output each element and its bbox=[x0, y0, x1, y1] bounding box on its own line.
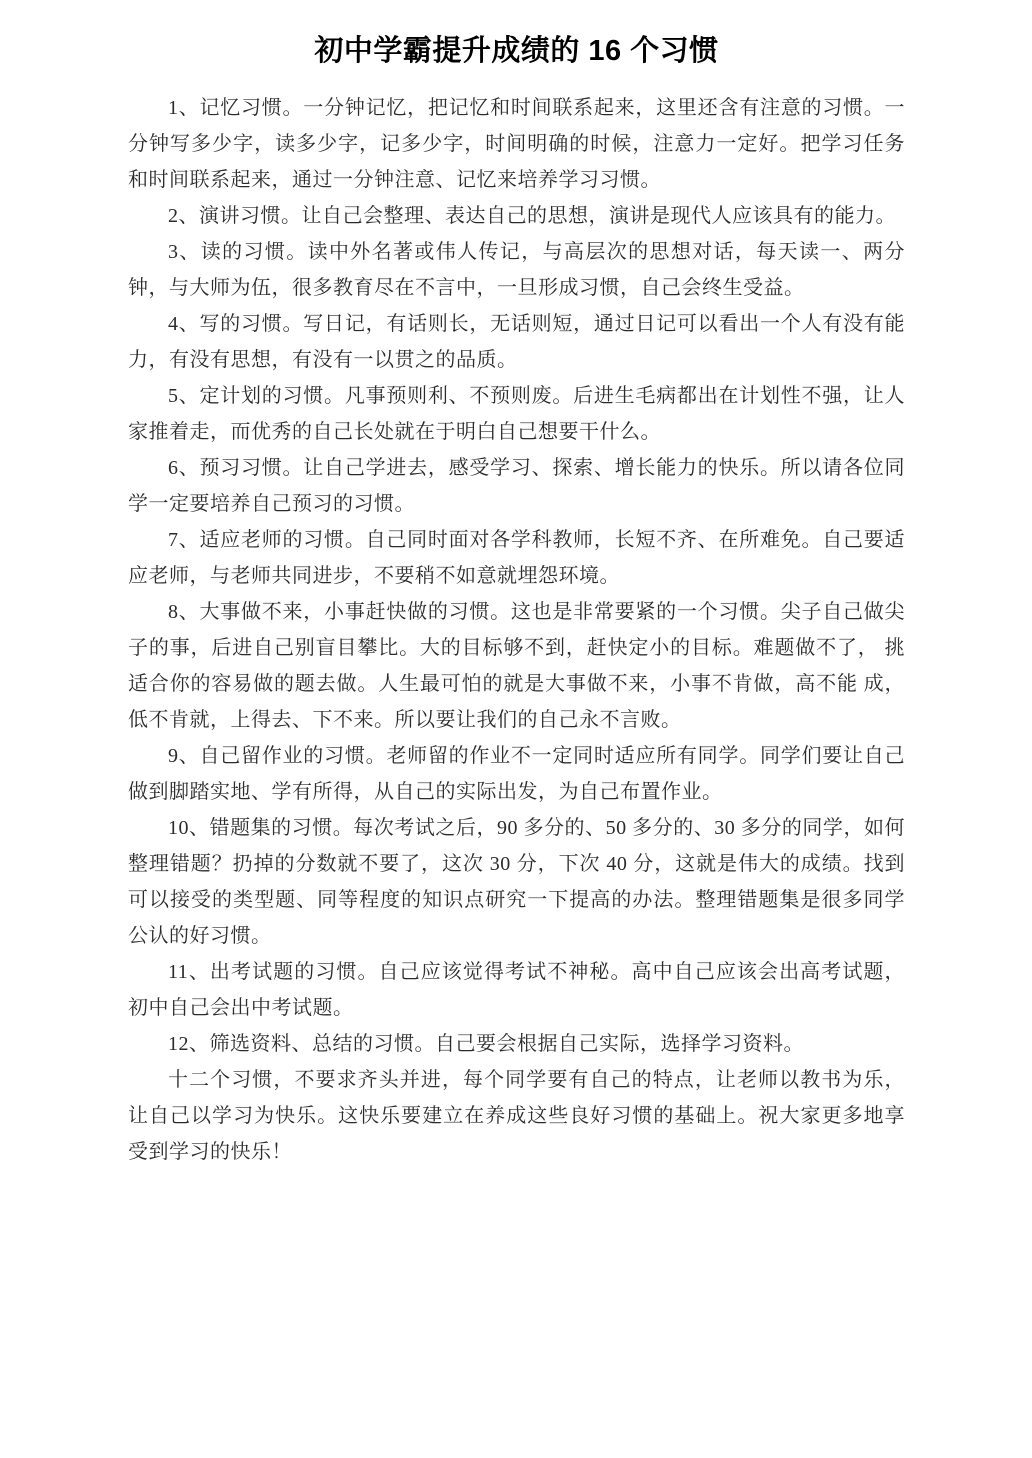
paragraph-habit-3: 3、读的习惯。读中外名著或伟人传记，与高层次的思想对话，每天读一、两分钟，与大师… bbox=[128, 234, 905, 306]
paragraph-habit-7: 7、适应老师的习惯。自己同时面对各学科教师，长短不齐、在所难免。自己要适应老师，… bbox=[128, 522, 905, 594]
paragraph-habit-5: 5、定计划的习惯。凡事预则利、不预则废。后进生毛病都出在计划性不强，让人家推着走… bbox=[128, 378, 905, 450]
paragraph-habit-9: 9、自己留作业的习惯。老师留的作业不一定同时适应所有同学。同学们要让自己做到脚踏… bbox=[128, 738, 905, 810]
document-page: 初中学霸提升成绩的 16 个习惯 1、记忆习惯。一分钟记忆，把记忆和时间联系起来… bbox=[0, 0, 1032, 1458]
paragraph-habit-10: 10、错题集的习惯。每次考试之后，90 多分的、50 多分的、30 多分的同学，… bbox=[128, 810, 905, 954]
paragraph-habit-12: 12、筛选资料、总结的习惯。自己要会根据自己实际，选择学习资料。 bbox=[128, 1026, 905, 1062]
paragraph-closing: 十二个习惯，不要求齐头并进，每个同学要有自己的特点，让老师以教书为乐，让自己以学… bbox=[128, 1062, 905, 1170]
document-body: 1、记忆习惯。一分钟记忆，把记忆和时间联系起来，这里还含有注意的习惯。一分钟写多… bbox=[128, 90, 905, 1170]
paragraph-habit-1: 1、记忆习惯。一分钟记忆，把记忆和时间联系起来，这里还含有注意的习惯。一分钟写多… bbox=[128, 90, 905, 198]
paragraph-habit-8: 8、大事做不来，小事赶快做的习惯。这也是非常要紧的一个习惯。尖子自己做尖子的事，… bbox=[128, 594, 905, 738]
paragraph-habit-6: 6、预习习惯。让自己学进去，感受学习、探索、增长能力的快乐。所以请各位同学一定要… bbox=[128, 450, 905, 522]
paragraph-habit-2: 2、演讲习惯。让自己会整理、表达自己的思想，演讲是现代人应该具有的能力。 bbox=[128, 198, 905, 234]
paragraph-habit-11: 11、出考试题的习惯。自己应该觉得考试不神秘。高中自己应该会出高考试题，初中自己… bbox=[128, 954, 905, 1026]
paragraph-habit-4: 4、写的习惯。写日记，有话则长，无话则短，通过日记可以看出一个人有没有能力，有没… bbox=[128, 306, 905, 378]
document-title: 初中学霸提升成绩的 16 个习惯 bbox=[128, 30, 905, 72]
